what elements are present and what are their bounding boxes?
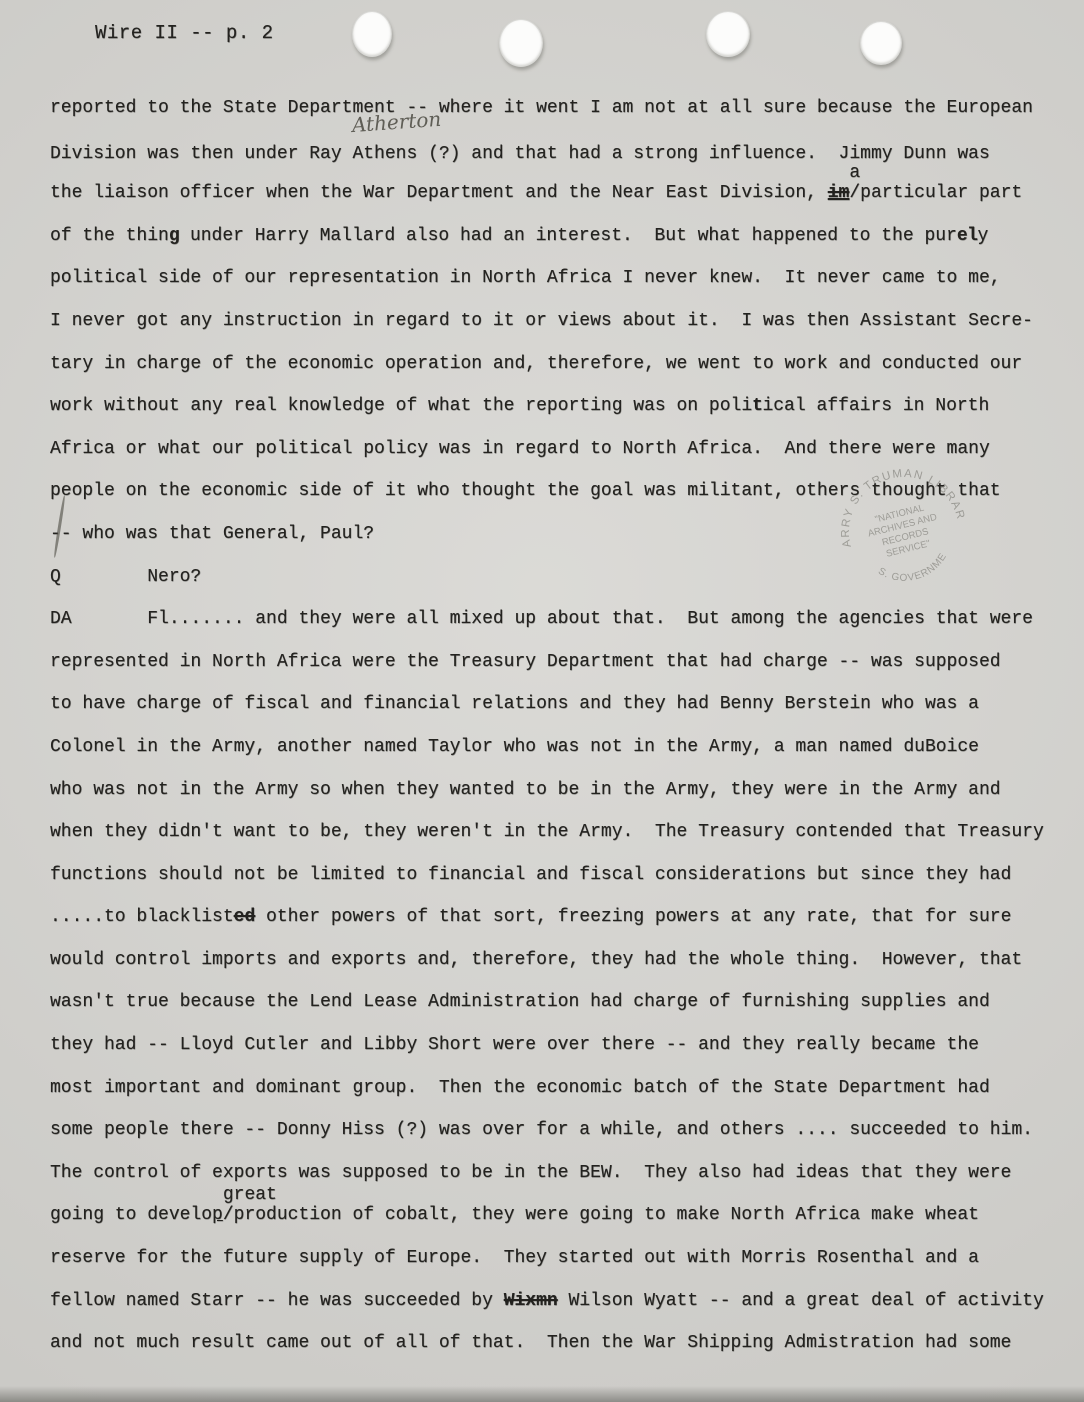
punch-hole <box>706 11 750 57</box>
typed-line: wasn't true because the Lend Lease Admin… <box>50 981 1060 1024</box>
typed-line: and not much result came out of all of t… <box>50 1322 1060 1365</box>
scan-edge <box>0 1386 1084 1402</box>
typed-line: going to developgreat/production of coba… <box>50 1194 1060 1237</box>
punch-hole <box>499 19 543 67</box>
typed-line: Africa or what our political policy was … <box>50 428 1060 471</box>
overtyped-g: g <box>169 226 179 246</box>
punch-hole <box>352 11 392 57</box>
typed-line: -- who was that General, Paul? <box>50 513 1060 556</box>
overstruck-ed: ed <box>234 907 256 927</box>
typed-line: reserve for the future supply of Europe.… <box>50 1237 1060 1280</box>
typed-line: who was not in the Army so when they wan… <box>50 769 1060 812</box>
overtyped-t: t <box>752 396 762 416</box>
punch-hole <box>860 21 902 65</box>
overstruck-wixmn: Wixmn <box>504 1291 558 1311</box>
typed-line: .....to blacklisted other powers of that… <box>50 896 1060 939</box>
typed-line: the liaison officer when the War Departm… <box>50 172 1060 215</box>
typed-line: The control of exports was supposed to b… <box>50 1152 1060 1195</box>
typed-line: tary in charge of the economic operation… <box>50 343 1060 386</box>
typed-line: most important and dominant group. Then … <box>50 1067 1060 1110</box>
typed-line: they had -- Lloyd Cutler and Libby Short… <box>50 1024 1060 1067</box>
typed-line: some people there -- Donny Hiss (?) was … <box>50 1109 1060 1152</box>
typed-line: Division was then under Ray AthertonAthe… <box>50 130 1060 173</box>
typed-line: Colonel in the Army, another named Taylo… <box>50 726 1060 769</box>
typed-line: political side of our representation in … <box>50 257 1060 300</box>
page-title: Wire II -- p. 2 <box>95 22 274 44</box>
typed-line: of the thing under Harry Mallard also ha… <box>50 215 1060 258</box>
typed-line: work without any real knowledge of what … <box>50 385 1060 428</box>
typed-line: represented in North Africa were the Tre… <box>50 641 1060 684</box>
typed-line: people on the economic side of it who th… <box>50 470 1060 513</box>
typed-line: would control imports and exports and, t… <box>50 939 1060 982</box>
typed-line: Q Nero? <box>50 556 1060 599</box>
overtyped-el: el <box>957 226 978 246</box>
underlined-p: p <box>212 1205 223 1225</box>
typed-line: DA Fl....... and they were all mixed up … <box>50 598 1060 641</box>
typed-line: functions should not be limited to finan… <box>50 854 1060 897</box>
typed-line: I never got any instruction in regard to… <box>50 300 1060 343</box>
typed-line: when they didn't want to be, they weren'… <box>50 811 1060 854</box>
typed-line: reported to the State Department -- wher… <box>50 87 1060 130</box>
typed-lines: reported to the State Department -- wher… <box>50 87 1060 1365</box>
overstruck-im: im <box>828 183 850 203</box>
typed-line: fellow named Starr -- he was succeeded b… <box>50 1280 1060 1323</box>
typed-line: to have charge of fiscal and financial r… <box>50 683 1060 726</box>
